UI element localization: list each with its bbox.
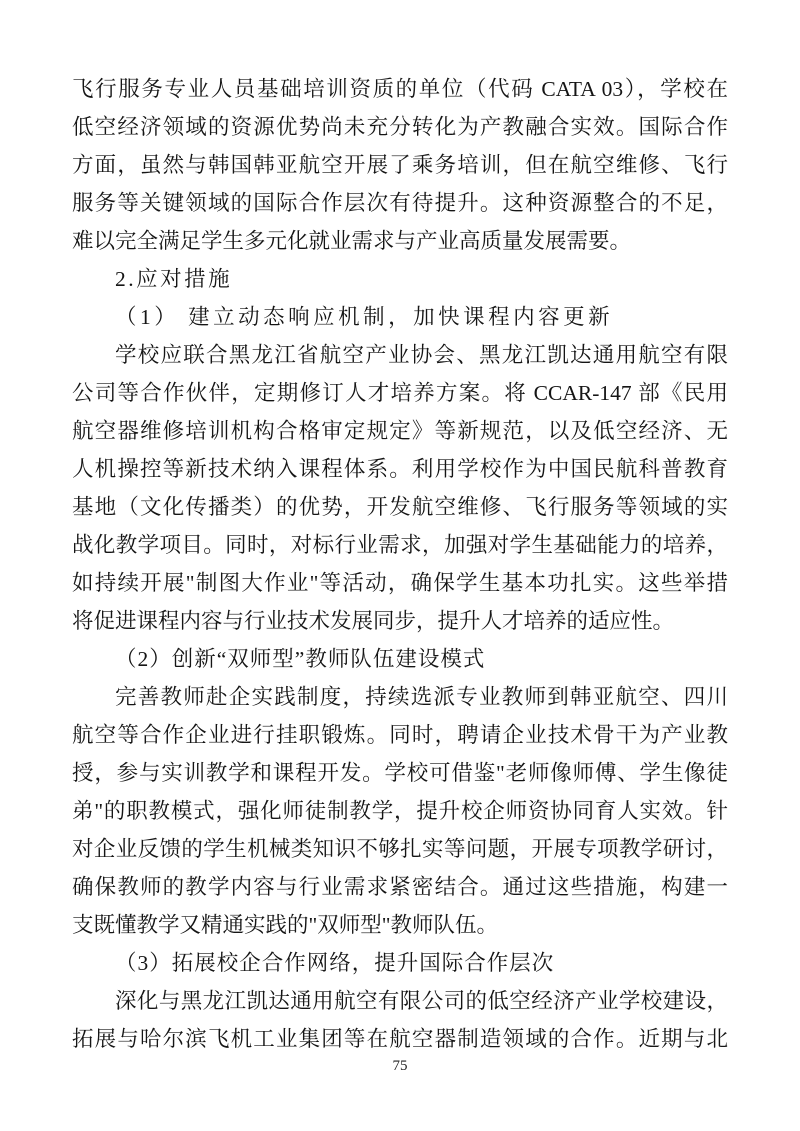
text-line: 支既懂教学又精通实践的"双师型"教师队伍。	[72, 906, 728, 944]
text-line: 航空等合作企业进行挂职锻炼。同时，聘请企业技术骨干为产业教	[72, 716, 728, 754]
text-line: 低空经济领域的资源优势尚未充分转化为产教融合实效。国际合作	[72, 108, 728, 146]
text-line: （1） 建立动态响应机制，加快课程内容更新	[72, 298, 728, 336]
text-line: 对企业反馈的学生机械类知识不够扎实等问题，开展专项教学研讨，	[72, 830, 728, 868]
text-line: 基地（文化传播类）的优势，开发航空维修、飞行服务等领域的实	[72, 488, 728, 526]
text-line: 完善教师赴企实践制度，持续选派专业教师到韩亚航空、四川	[72, 678, 728, 716]
text-line: 公司等合作伙伴，定期修订人才培养方案。将 CCAR-147 部《民用	[72, 374, 728, 412]
text-line: 将促进课程内容与行业技术发展同步，提升人才培养的适应性。	[72, 602, 728, 640]
text-line: 人机操控等新技术纳入课程体系。利用学校作为中国民航科普教育	[72, 450, 728, 488]
document-page: 飞行服务专业人员基础培训资质的单位（代码 CATA 03），学校在低空经济领域的…	[0, 0, 800, 1131]
text-line: （2）创新“双师型”教师队伍建设模式	[72, 640, 728, 678]
text-line: 方面，虽然与韩国韩亚航空开展了乘务培训，但在航空维修、飞行	[72, 146, 728, 184]
text-line: （3）拓展校企合作网络，提升国际合作层次	[72, 944, 728, 982]
text-line: 航空器维修培训机构合格审定规定》等新规范，以及低空经济、无	[72, 412, 728, 450]
text-line: 如持续开展"制图大作业"等活动，确保学生基本功扎实。这些举措	[72, 564, 728, 602]
text-line: 确保教师的教学内容与行业需求紧密结合。通过这些措施，构建一	[72, 868, 728, 906]
document-body: 飞行服务专业人员基础培训资质的单位（代码 CATA 03），学校在低空经济领域的…	[72, 70, 728, 1058]
text-line: 战化教学项目。同时，对标行业需求，加强对学生基础能力的培养，	[72, 526, 728, 564]
text-line: 深化与黑龙江凯达通用航空有限公司的低空经济产业学校建设，	[72, 982, 728, 1020]
text-line: 2.应对措施	[72, 260, 728, 298]
text-line: 学校应联合黑龙江省航空产业协会、黑龙江凯达通用航空有限	[72, 336, 728, 374]
text-line: 授，参与实训教学和课程开发。学校可借鉴"老师像师傅、学生像徒	[72, 754, 728, 792]
text-line: 服务等关键领域的国际合作层次有待提升。这种资源整合的不足，	[72, 184, 728, 222]
text-line: 弟"的职教模式，强化师徒制教学，提升校企师资协同育人实效。针	[72, 792, 728, 830]
page-number: 75	[0, 1058, 800, 1075]
text-line: 拓展与哈尔滨飞机工业集团等在航空器制造领域的合作。近期与北	[72, 1020, 728, 1058]
text-line: 难以完全满足学生多元化就业需求与产业高质量发展需要。	[72, 222, 728, 260]
text-line: 飞行服务专业人员基础培训资质的单位（代码 CATA 03），学校在	[72, 70, 728, 108]
